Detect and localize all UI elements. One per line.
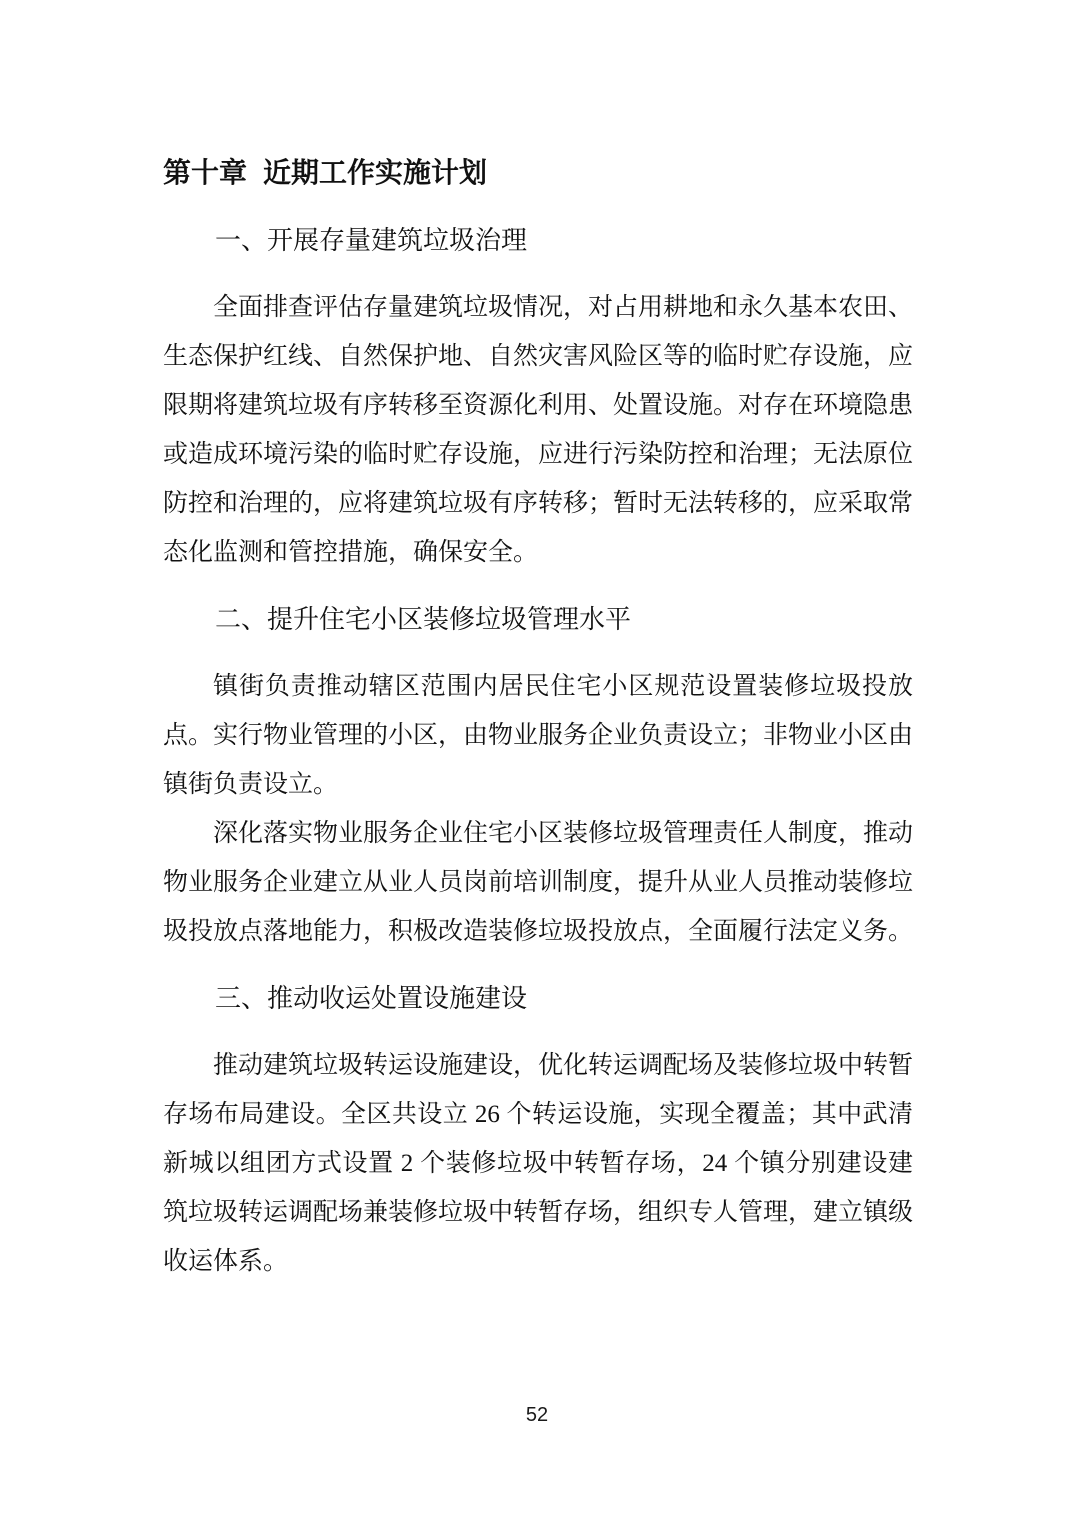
section-title-2: 二、提升住宅小区装修垃圾管理水平: [163, 595, 913, 644]
chapter-number: 第十章: [163, 158, 247, 189]
page-number: 52: [0, 1402, 1074, 1428]
section-2-paragraph-1: 镇街负责推动辖区范围内居民住宅小区规范设置装修垃圾投放点。实行物业管理的小区，由…: [163, 662, 913, 809]
section-2-paragraph-2: 深化落实物业服务企业住宅小区装修垃圾管理责任人制度，推动物业服务企业建立从业人员…: [163, 809, 913, 956]
section-title-3: 三、推动收运处置设施建设: [163, 974, 913, 1023]
section-1-paragraph: 全面排查评估存量建筑垃圾情况，对占用耕地和永久基本农田、生态保护红线、自然保护地…: [163, 283, 913, 577]
chapter-heading: 第十章近期工作实施计划: [163, 152, 913, 196]
document-page: 第十章近期工作实施计划 一、开展存量建筑垃圾治理 全面排查评估存量建筑垃圾情况，…: [0, 0, 1074, 1520]
section-title-1: 一、开展存量建筑垃圾治理: [163, 216, 913, 265]
section-3-paragraph: 推动建筑垃圾转运设施建设，优化转运调配场及装修垃圾中转暂存场布局建设。全区共设立…: [163, 1041, 913, 1286]
chapter-title: 近期工作实施计划: [263, 158, 487, 189]
